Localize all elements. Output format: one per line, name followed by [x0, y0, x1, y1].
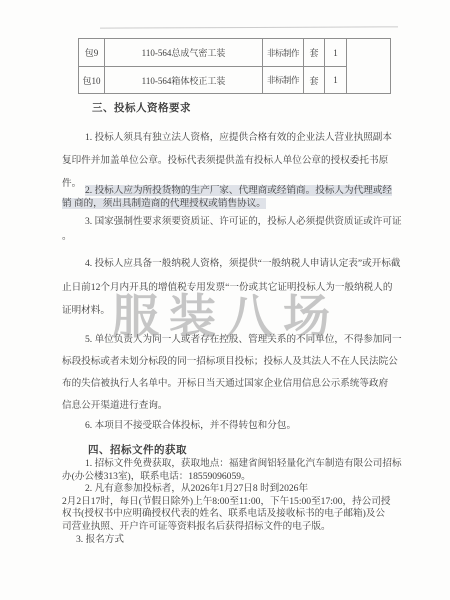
doc-line: 2. 投标人应为所投货物的生产厂家、代理商或经销商。投标人为代理或经 — [62, 184, 398, 197]
cell-unit: 套 — [304, 39, 325, 67]
para-obtain-1: 1. 招标文件免费获取，获取地点：福建省闽铝轻量化汽车制造有限公司招标 办(办公… — [62, 458, 398, 483]
scan-artifact-line — [100, 26, 398, 28]
doc-line: 司营业执照、开户许可证等资料报名后获得招标文件的电子版。 — [62, 521, 398, 534]
doc-line: 3. 国家强制性要求须要资质证、许可证的，投标人必须提供资质证或许可证 — [62, 214, 398, 229]
para-obtain-2: 2. 凡有意参加投标者，从2026年1月27日8 时到2026年 2月2日17时… — [62, 483, 398, 533]
doc-line: 6. 本项目不接受联合体投标，并不得转包和分包。 — [62, 420, 398, 432]
cell-item-name: 110-564总成气密工装 — [105, 39, 263, 67]
watermark-text: 服装八场 — [112, 280, 340, 347]
doc-line: 布的失信被执行人名单中。开标日当天通过国家企业信用信息公示系统等政府 — [62, 373, 398, 395]
para-qualification-2-highlighted: 2. 投标人应为所投货物的生产厂家、代理商或经销商。投标人为代理或经 销 商的，… — [62, 184, 398, 210]
cell-extra — [347, 39, 391, 94]
doc-line: 3. 报名方式 — [62, 534, 398, 546]
doc-line: 权书(授权书中应明确授权代表的姓名、联系电话及接收标书的电子邮箱)及公 — [62, 508, 398, 521]
doc-line: 。 — [62, 229, 398, 244]
doc-line: 标段投标或者未划分标段的同一招标项目投标；投标人及其法人不在人民法院公 — [62, 351, 398, 373]
cell-item-name: 110-564箱体校正工装 — [105, 67, 263, 94]
cell-quantity: 1 — [325, 39, 347, 67]
section3-heading: 三、投标人资格要求 — [62, 100, 428, 115]
para-qualification-3: 3. 国家强制性要求须要资质证、许可证的，投标人必须提供资质证或许可证 。 — [62, 214, 398, 244]
para-obtain-3: 3. 报名方式 — [62, 534, 398, 546]
highlighted-text: 销 商的，须出具制造商的代理授权或销售协议。 — [62, 198, 266, 209]
para-qualification-6: 6. 本项目不接受联合体投标，并不得转包和分包。 — [62, 420, 398, 432]
table-row: 包9 110-564总成气密工装 非标制作 套 1 — [79, 39, 391, 67]
bid-items-table: 包9 110-564总成气密工装 非标制作 套 1 包10 110-564箱体校… — [78, 38, 391, 94]
table-row: 包10 110-564箱体校正工装 非标制作 套 1 — [79, 67, 391, 94]
highlighted-text: 2. 投标人应为所投货物的生产厂家、代理商或经销商。投标人为代理或经 — [85, 185, 392, 196]
section4-heading: 四、招标文件的获取 — [62, 442, 424, 457]
doc-line: 1. 投标人须具有独立法人资格，应提供合格有效的企业法人营业执照副本 — [62, 126, 398, 149]
doc-line: 4. 投标人应具备一般纳税人资格，须提供“一般纳税人申请认定表”或开标截 — [62, 252, 398, 276]
cell-make-type: 非标制作 — [263, 39, 304, 67]
doc-line: 2. 凡有意参加投标者，从2026年1月27日8 时到2026年 — [62, 483, 398, 496]
doc-line: 2月2日17时，每日(节假日除外)上午8:00至11:00，下午15:00至17… — [62, 496, 398, 509]
cell-quantity: 1 — [325, 67, 347, 94]
doc-line: 信息公开渠道进行查询。 — [62, 395, 398, 417]
doc-line: 复印件并加盖单位公章。投标代表须提供盖有投标人单位公章的授权委托书原 — [62, 149, 398, 172]
cell-make-type: 非标制作 — [263, 67, 304, 94]
cell-unit: 套 — [304, 67, 325, 94]
doc-line: 1. 招标文件免费获取，获取地点：福建省闽铝轻量化汽车制造有限公司招标 — [62, 458, 398, 471]
cell-package: 包10 — [79, 67, 105, 94]
cell-package: 包9 — [79, 39, 105, 67]
scanned-page: 包9 110-564总成气密工装 非标制作 套 1 包10 110-564箱体校… — [0, 0, 450, 600]
doc-line: 办(办公楼313室)，联系电话：18559096059。 — [62, 471, 398, 484]
doc-line: 销 商的，须出具制造商的代理授权或销售协议。 — [62, 197, 398, 210]
